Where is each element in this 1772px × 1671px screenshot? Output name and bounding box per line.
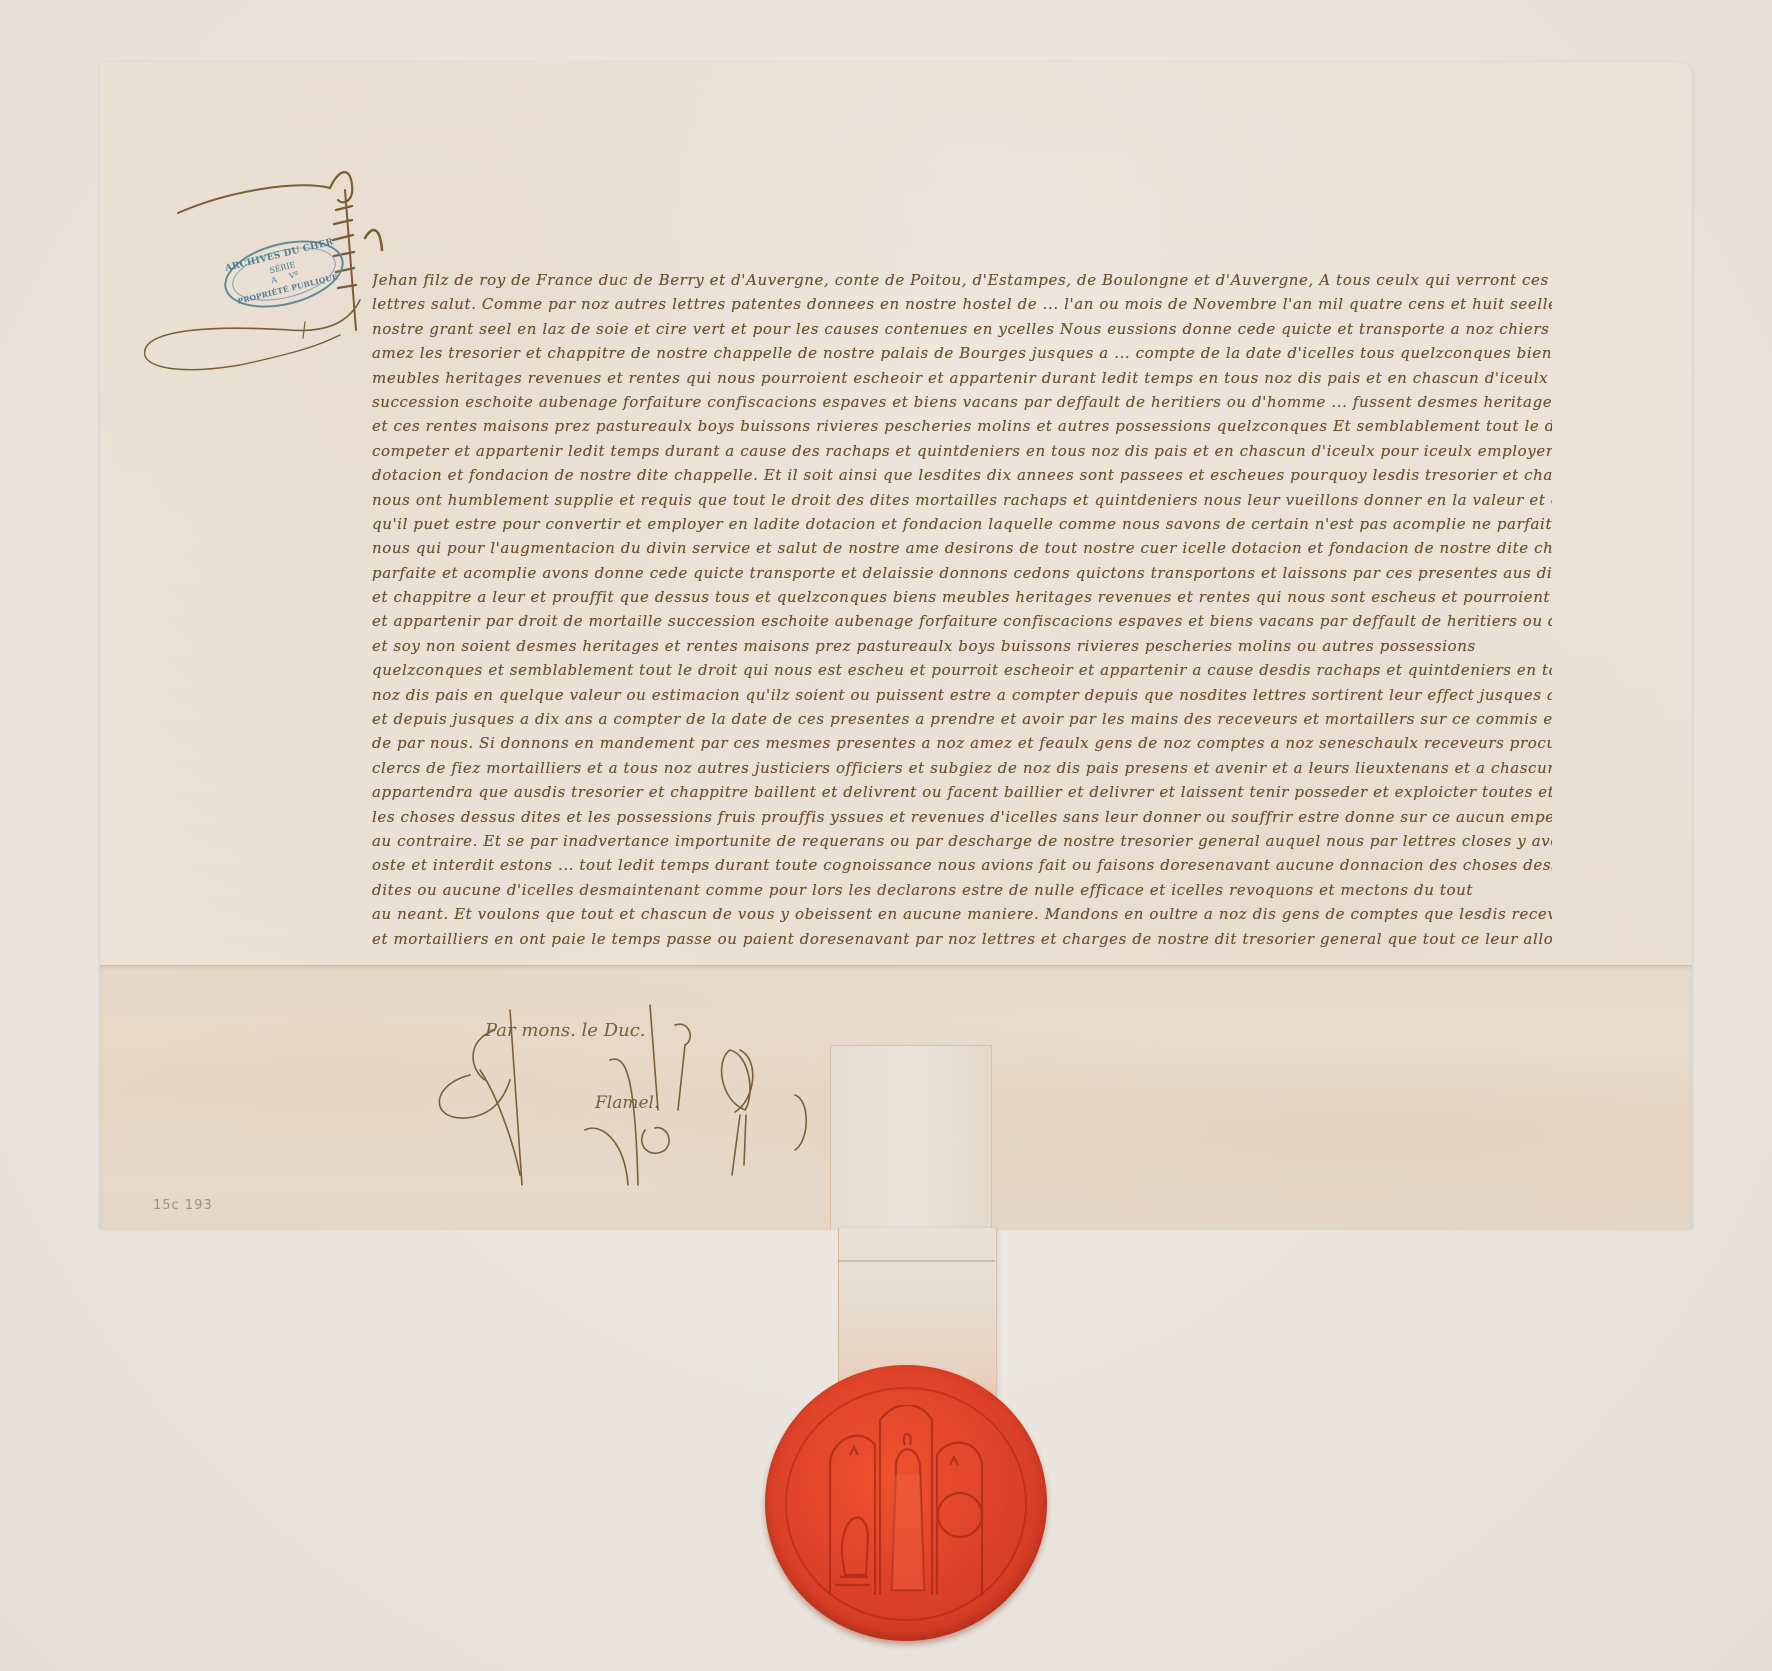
text-line: de par nous. Si donnons en mandement par… [372, 731, 1552, 755]
signature-name: Flamel. [595, 1093, 659, 1113]
text-line: et appartenir par droit de mortaille suc… [372, 609, 1552, 633]
text-line: succession eschoite aubenage forfaiture … [372, 390, 1552, 414]
text-line: nostre grant seel en laz de soie et cire… [372, 317, 1552, 341]
text-line: Jehan filz de roy de France duc de Berry… [372, 268, 1552, 292]
text-line: noz dis pais en quelque valeur ou estima… [372, 683, 1552, 707]
text-line: meubles heritages revenues et rentes qui… [372, 366, 1552, 390]
text-line: parfaite et acomplie avons donne cede qu… [372, 561, 1552, 585]
text-line: qu'il puet estre pour convertir et emplo… [372, 512, 1552, 536]
text-line: nous qui pour l'augmentacion du divin se… [372, 536, 1552, 560]
signature-attestation: Par mons. le Duc. [485, 1020, 646, 1041]
text-line: et soy non soient desmes heritages et re… [372, 634, 1552, 658]
charter-text: Jehan filz de roy de France duc de Berry… [372, 268, 1552, 951]
text-line: et ces rentes maisons prez pastureaulx b… [372, 414, 1552, 438]
text-line: nous ont humblement supplie et requis qu… [372, 488, 1552, 512]
text-line: appartendra que ausdis tresorier et chap… [372, 780, 1552, 804]
text-line: oste et interdit estons ... tout ledit t… [372, 853, 1552, 877]
seal-tag-crease [838, 1260, 995, 1262]
wax-seal [765, 1365, 1047, 1641]
text-line: quelzconques et semblablement tout le dr… [372, 658, 1552, 682]
text-line: competer et appartenir ledit temps duran… [372, 439, 1552, 463]
text-line: dotacion et fondacion de nostre dite cha… [372, 463, 1552, 487]
text-line: au contraire. Et se par inadvertance imp… [372, 829, 1552, 853]
text-line: lettres salut. Comme par noz autres lett… [372, 292, 1552, 316]
text-line: amez les tresorier et chappitre de nostr… [372, 341, 1552, 365]
text-line: les choses dessus dites et les possessio… [372, 805, 1552, 829]
seal-tag-upper [830, 1045, 992, 1229]
seal-figures-icon [820, 1405, 990, 1605]
text-line: dites ou aucune d'icelles desmaintenant … [372, 878, 1552, 902]
archival-mark: 15c 193 [153, 1198, 213, 1213]
text-line: clercs de fiez mortailliers et a tous no… [372, 756, 1552, 780]
text-line: et chappitre a leur et prouffit que dess… [372, 585, 1552, 609]
text-line: et mortailliers en ont paie le temps pas… [372, 927, 1552, 951]
text-line: et depuis jusques a dix ans a compter de… [372, 707, 1552, 731]
text-line: au neant. Et voulons que tout et chascun… [372, 902, 1552, 926]
